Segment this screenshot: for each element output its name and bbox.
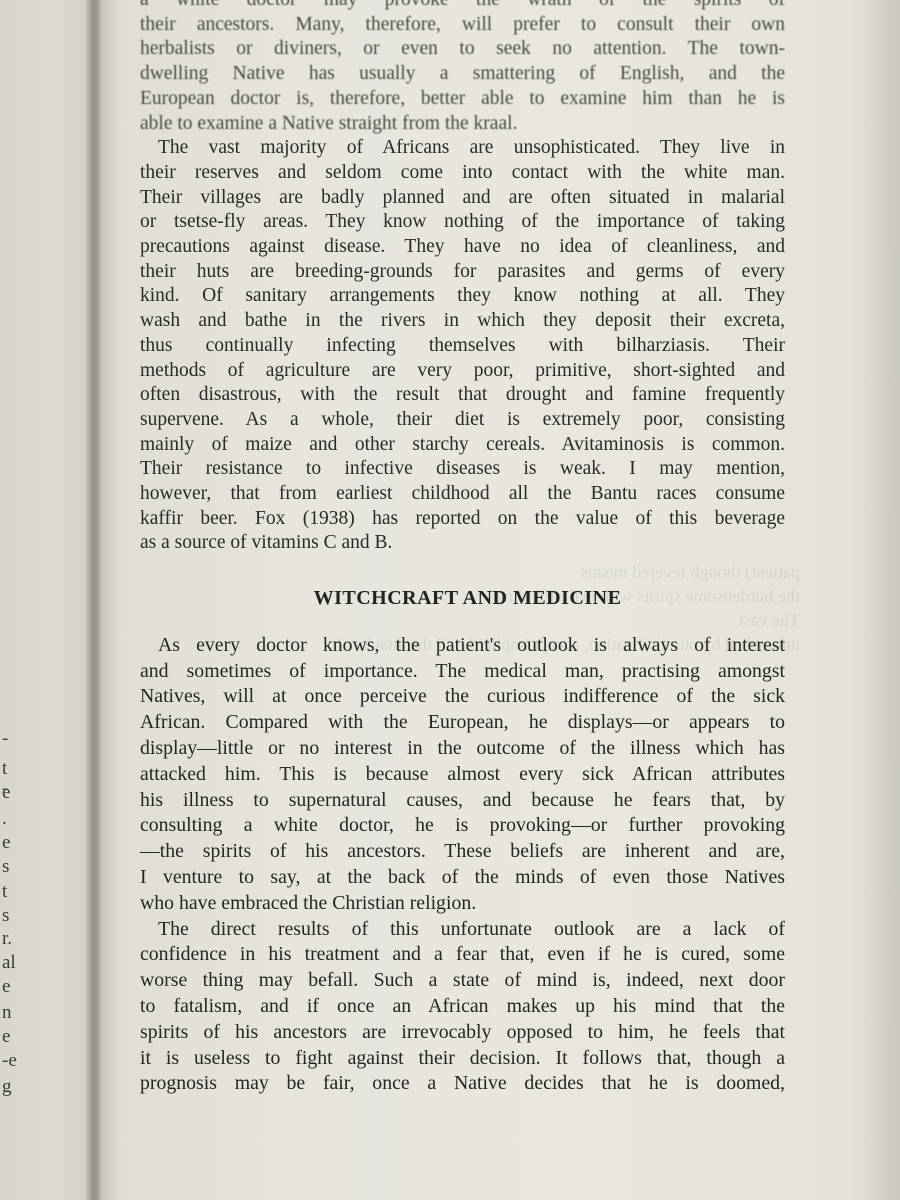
paragraph-living-conditions: The vast majority of Africans are unsoph…	[140, 136, 785, 556]
text-line: prognosis may be fair, once a Native dec…	[140, 1071, 785, 1097]
text-line: his illness to supernatural causes, and …	[140, 788, 785, 814]
edge-char: r.	[2, 928, 12, 950]
text-line: The vast majority of Africans are unsoph…	[140, 136, 785, 161]
edge-char: n	[2, 1002, 12, 1024]
text-line: however, that from earliest childhood al…	[140, 482, 785, 507]
text-line: mainly of maize and other starchy cereal…	[140, 433, 785, 458]
edge-char: t	[2, 758, 7, 780]
text-line: as a source of vitamins C and B.	[140, 531, 785, 556]
text-line: European doctor is, therefore, better ab…	[140, 87, 785, 112]
edge-char: .	[2, 808, 7, 830]
text-line: methods of agriculture are very poor, pr…	[140, 359, 785, 384]
edge-char: al	[2, 952, 16, 974]
section-heading: WITCHCRAFT AND MEDICINE	[140, 586, 785, 611]
text-line: who have embraced the Christian religion…	[140, 891, 785, 917]
edge-char: t	[2, 881, 7, 903]
text-line: Their resistance to infective diseases i…	[140, 457, 785, 482]
text-line: kind. Of sanitary arrangements they know…	[140, 284, 785, 309]
text-line: Their villages are badly planned and are…	[140, 186, 785, 211]
text-line: and sometimes of importance. The medical…	[140, 659, 785, 685]
text-line: I venture to say, at the back of the min…	[140, 865, 785, 891]
text-line: wash and bathe in the rivers in which th…	[140, 309, 785, 334]
text-line: a white doctor may provoke the wrath of …	[140, 0, 785, 13]
text-line: it is useless to fight against their dec…	[140, 1046, 785, 1072]
edge-char: -	[2, 728, 8, 750]
text-line: thus continually infecting themselves wi…	[140, 334, 785, 359]
previous-page-edge: - t - e . e s t s r. al e n e -e g	[0, 0, 90, 1200]
book-page: a white doctor may provoke the wrath of …	[140, 0, 785, 1097]
edge-char: e	[2, 1026, 10, 1048]
text-line: African. Compared with the European, he …	[140, 710, 785, 736]
text-line: their ancestors. Many, therefore, will p…	[140, 13, 785, 38]
edge-char: s	[2, 905, 9, 927]
text-line: dwelling Native has usually a smattering…	[140, 62, 785, 87]
text-line: display—little or no interest in the out…	[140, 736, 785, 762]
text-line: able to examine a Native straight from t…	[140, 112, 785, 137]
text-line: precautions against disease. They have n…	[140, 235, 785, 260]
text-line: confidence in his treatment and a fear t…	[140, 942, 785, 968]
text-line: supervene. As a whole, their diet is ext…	[140, 408, 785, 433]
text-line: to fatalism, and if once an African make…	[140, 994, 785, 1020]
text-line: their reserves and seldom come into cont…	[140, 161, 785, 186]
edge-char: -e	[2, 1050, 17, 1072]
edge-char: e	[2, 832, 10, 854]
page-curl-shadow	[860, 0, 900, 1200]
text-line: As every doctor knows, the patient's out…	[140, 633, 785, 659]
text-line: or tsetse-fly areas. They know nothing o…	[140, 210, 785, 235]
text-line: consulting a white doctor, he is provoki…	[140, 813, 785, 839]
text-line: Natives, will at once perceive the curio…	[140, 684, 785, 710]
text-line: —the spirits of his ancestors. These bel…	[140, 839, 785, 865]
text-line: The direct results of this unfortunate o…	[140, 917, 785, 943]
edge-char: g	[2, 1076, 12, 1098]
text-line: their huts are breeding-grounds for para…	[140, 260, 785, 285]
paragraph-continuation: a white doctor may provoke the wrath of …	[140, 0, 785, 136]
text-line: often disastrous, with the result that d…	[140, 383, 785, 408]
text-line: worse thing may befall. Such a state of …	[140, 968, 785, 994]
paragraph-patient-outlook: As every doctor knows, the patient's out…	[140, 633, 785, 917]
book-photo: - t - e . e s t s r. al e n e -e g patie…	[0, 0, 900, 1200]
text-line: spirits of his ancestors are irrevocably…	[140, 1020, 785, 1046]
book-spine-shadow	[86, 0, 100, 1200]
paragraph-fatalism: The direct results of this unfortunate o…	[140, 917, 785, 1098]
edge-char: e	[2, 976, 10, 998]
text-line: kaffir beer. Fox (1938) has reported on …	[140, 507, 785, 532]
edge-char: s	[2, 856, 9, 878]
edge-char: e	[2, 782, 10, 804]
text-line: herbalists or diviners, or even to seek …	[140, 37, 785, 62]
text-line: attacked him. This is because almost eve…	[140, 762, 785, 788]
